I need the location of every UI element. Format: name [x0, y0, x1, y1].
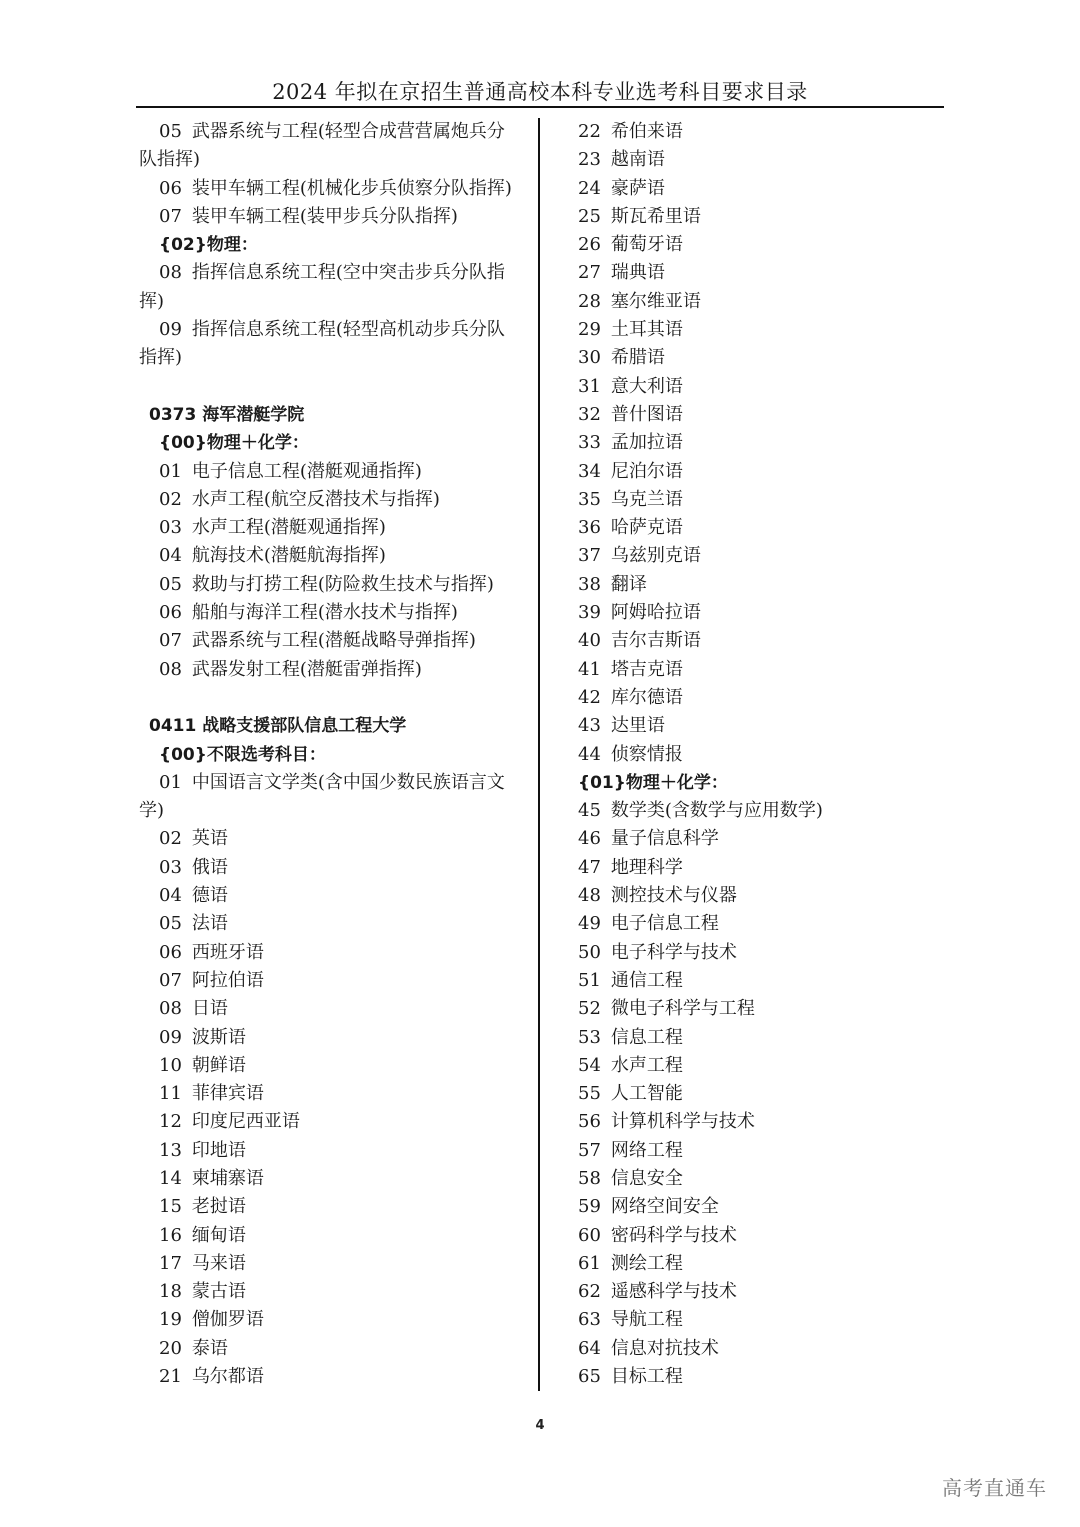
major-code: 57 [578, 1137, 601, 1165]
major-code: 28 [578, 288, 601, 316]
major-item: 65目标工程 [578, 1363, 938, 1391]
major-name: 武器系统与工程(轻型合成营营属炮兵分 [192, 121, 505, 142]
major-code: 13 [159, 1137, 182, 1165]
major-name: 水声工程(航空反潜技术与指挥) [192, 489, 440, 510]
major-name: 中国语言文学类(含中国少数民族语言文 [192, 772, 505, 793]
major-item: 54水声工程 [578, 1052, 938, 1080]
major-item: 57网络工程 [578, 1137, 938, 1165]
major-item: 36哈萨克语 [578, 514, 938, 542]
major-item: 30希腊语 [578, 344, 938, 372]
major-item: 05法语 [139, 910, 529, 938]
major-name: 法语 [192, 913, 228, 934]
major-item: 24豪萨语 [578, 175, 938, 203]
major-item: 32普什图语 [578, 401, 938, 429]
major-name: 缅甸语 [192, 1225, 246, 1246]
major-code: 62 [578, 1278, 601, 1306]
major-item: 60密码科学与技术 [578, 1222, 938, 1250]
major-code: 14 [159, 1165, 182, 1193]
major-name: 德语 [192, 885, 228, 906]
major-code: 06 [159, 939, 182, 967]
major-code: 50 [578, 939, 601, 967]
major-item: 52微电子科学与工程 [578, 995, 938, 1023]
major-item: 06装甲车辆工程(机械化步兵侦察分队指挥) [139, 175, 529, 203]
major-code: 40 [578, 627, 601, 655]
major-name: 希腊语 [611, 347, 665, 368]
major-code: 09 [159, 316, 182, 344]
major-code: 03 [159, 854, 182, 882]
major-code: 42 [578, 684, 601, 712]
major-name: 测绘工程 [611, 1253, 683, 1274]
spacer [139, 684, 529, 712]
major-code: 51 [578, 967, 601, 995]
major-code: 60 [578, 1222, 601, 1250]
major-name: 电子信息工程(潜艇观通指挥) [192, 461, 422, 482]
major-item: 12印度尼西亚语 [139, 1108, 529, 1136]
major-item: 07阿拉伯语 [139, 967, 529, 995]
major-name: 波斯语 [192, 1027, 246, 1048]
major-name: 马来语 [192, 1253, 246, 1274]
major-name: 翻译 [611, 574, 647, 595]
major-name: 计算机科学与技术 [611, 1111, 755, 1132]
major-code: 31 [578, 373, 601, 401]
major-item: 21乌尔都语 [139, 1363, 529, 1391]
major-item: 10朝鲜语 [139, 1052, 529, 1080]
major-name: 信息安全 [611, 1168, 683, 1189]
major-item: 35乌克兰语 [578, 486, 938, 514]
major-code: 30 [578, 344, 601, 372]
major-item: 51通信工程 [578, 967, 938, 995]
major-item-continuation: 指挥) [139, 344, 529, 372]
major-item: 58信息安全 [578, 1165, 938, 1193]
major-code: 15 [159, 1193, 182, 1221]
major-item: 48测控技术与仪器 [578, 882, 938, 910]
major-item: 56计算机科学与技术 [578, 1108, 938, 1136]
major-item: 38翻译 [578, 571, 938, 599]
major-name: 俄语 [192, 857, 228, 878]
major-code: 32 [578, 401, 601, 429]
major-code: 12 [159, 1108, 182, 1136]
major-name: 塞尔维亚语 [611, 291, 701, 312]
major-item: 39阿姆哈拉语 [578, 599, 938, 627]
major-code: 36 [578, 514, 601, 542]
major-name: 装甲车辆工程(装甲步兵分队指挥) [192, 206, 458, 227]
major-code: 06 [159, 175, 182, 203]
school-heading: 0373 海军潜艇学院 [139, 401, 529, 429]
right-column: 22希伯来语23越南语24豪萨语25斯瓦希里语26葡萄牙语27瑞典语28塞尔维亚… [578, 118, 938, 1391]
major-code: 39 [578, 599, 601, 627]
major-item: 44侦察情报 [578, 741, 938, 769]
major-code: 16 [159, 1222, 182, 1250]
major-item: 50电子科学与技术 [578, 939, 938, 967]
major-name: 吉尔吉斯语 [611, 630, 701, 651]
major-name: 意大利语 [611, 376, 683, 397]
major-name: 指挥信息系统工程(空中突击步兵分队指 [192, 262, 505, 283]
major-code: 02 [159, 486, 182, 514]
major-name: 数学类(含数学与应用数学) [611, 800, 823, 821]
major-item-continuation: 学) [139, 797, 529, 825]
major-code: 19 [159, 1306, 182, 1334]
spacer [139, 373, 529, 401]
major-code: 07 [159, 967, 182, 995]
major-item: 45数学类(含数学与应用数学) [578, 797, 938, 825]
major-item: 05救助与打捞工程(防险救生技术与指挥) [139, 571, 529, 599]
major-item: 17马来语 [139, 1250, 529, 1278]
major-code: 07 [159, 203, 182, 231]
major-name: 遥感科学与技术 [611, 1281, 737, 1302]
major-code: 65 [578, 1363, 601, 1391]
major-item: 47地理科学 [578, 854, 938, 882]
major-item: 55人工智能 [578, 1080, 938, 1108]
major-name: 普什图语 [611, 404, 683, 425]
major-item: 02英语 [139, 825, 529, 853]
major-code: 37 [578, 542, 601, 570]
major-code: 38 [578, 571, 601, 599]
major-code: 21 [159, 1363, 182, 1391]
major-code: 64 [578, 1335, 601, 1363]
major-code: 02 [159, 825, 182, 853]
major-name: 尼泊尔语 [611, 461, 683, 482]
page-header-title: 2024 年拟在京招生普通高校本科专业选考科目要求目录 [0, 76, 1080, 106]
major-name: 哈萨克语 [611, 517, 683, 538]
major-item: 25斯瓦希里语 [578, 203, 938, 231]
major-name: 柬埔寨语 [192, 1168, 264, 1189]
major-name: 侦察情报 [611, 744, 683, 765]
major-name: 乌尔都语 [192, 1366, 264, 1387]
major-code: 07 [159, 627, 182, 655]
subject-requirement-group: {00}不限选考科目： [139, 741, 529, 769]
major-code: 41 [578, 656, 601, 684]
major-item: 27瑞典语 [578, 259, 938, 287]
major-item: 28塞尔维亚语 [578, 288, 938, 316]
major-code: 26 [578, 231, 601, 259]
major-name: 朝鲜语 [192, 1055, 246, 1076]
major-item: 01电子信息工程(潜艇观通指挥) [139, 458, 529, 486]
major-item: 43达里语 [578, 712, 938, 740]
major-code: 03 [159, 514, 182, 542]
major-code: 34 [578, 458, 601, 486]
watermark: 高考直通车 [942, 1472, 1047, 1501]
major-name: 乌克兰语 [611, 489, 683, 510]
major-name: 蒙古语 [192, 1281, 246, 1302]
major-code: 54 [578, 1052, 601, 1080]
major-code: 25 [578, 203, 601, 231]
major-item: 22希伯来语 [578, 118, 938, 146]
major-code: 09 [159, 1024, 182, 1052]
page-number: 4 [0, 1418, 1080, 1433]
major-item: 41塔吉克语 [578, 656, 938, 684]
major-name: 日语 [192, 998, 228, 1019]
major-code: 59 [578, 1193, 601, 1221]
major-code: 49 [578, 910, 601, 938]
major-item: 61测绘工程 [578, 1250, 938, 1278]
major-code: 08 [159, 995, 182, 1023]
major-item: 64信息对抗技术 [578, 1335, 938, 1363]
major-item: 08武器发射工程(潜艇雷弹指挥) [139, 656, 529, 684]
major-code: 53 [578, 1024, 601, 1052]
major-code: 08 [159, 656, 182, 684]
major-code: 10 [159, 1052, 182, 1080]
major-name: 土耳其语 [611, 319, 683, 340]
major-name: 水声工程(潜艇观通指挥) [192, 517, 386, 538]
major-code: 11 [159, 1080, 182, 1108]
major-name: 装甲车辆工程(机械化步兵侦察分队指挥) [192, 178, 512, 199]
major-name: 指挥信息系统工程(轻型高机动步兵分队 [192, 319, 505, 340]
major-code: 01 [159, 458, 182, 486]
major-item: 02水声工程(航空反潜技术与指挥) [139, 486, 529, 514]
major-name: 泰语 [192, 1338, 228, 1359]
major-name: 通信工程 [611, 970, 683, 991]
major-code: 23 [578, 146, 601, 174]
major-item: 20泰语 [139, 1335, 529, 1363]
major-name: 量子信息科学 [611, 828, 719, 849]
major-item: 05武器系统与工程(轻型合成营营属炮兵分 [139, 118, 529, 146]
major-item: 26葡萄牙语 [578, 231, 938, 259]
major-code: 27 [578, 259, 601, 287]
major-item: 53信息工程 [578, 1024, 938, 1052]
major-name: 信息工程 [611, 1027, 683, 1048]
major-code: 44 [578, 741, 601, 769]
major-item: 15老挝语 [139, 1193, 529, 1221]
major-item: 34尼泊尔语 [578, 458, 938, 486]
major-item: 49电子信息工程 [578, 910, 938, 938]
major-code: 18 [159, 1278, 182, 1306]
major-name: 阿姆哈拉语 [611, 602, 701, 623]
major-item: 06西班牙语 [139, 939, 529, 967]
major-name: 船舶与海洋工程(潜水技术与指挥) [192, 602, 458, 623]
major-code: 05 [159, 910, 182, 938]
major-item: 04航海技术(潜艇航海指挥) [139, 542, 529, 570]
major-name: 阿拉伯语 [192, 970, 264, 991]
major-code: 17 [159, 1250, 182, 1278]
major-code: 04 [159, 542, 182, 570]
major-name: 武器发射工程(潜艇雷弹指挥) [192, 659, 422, 680]
major-code: 63 [578, 1306, 601, 1334]
major-item: 07武器系统与工程(潜艇战略导弹指挥) [139, 627, 529, 655]
subject-requirement-group: {01}物理＋化学： [578, 769, 938, 797]
major-item-continuation: 挥) [139, 288, 529, 316]
major-name: 电子信息工程 [611, 913, 719, 934]
major-name: 越南语 [611, 149, 665, 170]
major-item: 03俄语 [139, 854, 529, 882]
major-item: 08指挥信息系统工程(空中突击步兵分队指 [139, 259, 529, 287]
major-name: 孟加拉语 [611, 432, 683, 453]
major-item: 01中国语言文学类(含中国少数民族语言文 [139, 769, 529, 797]
major-name: 达里语 [611, 715, 665, 736]
major-code: 61 [578, 1250, 601, 1278]
major-name: 测控技术与仪器 [611, 885, 737, 906]
major-item: 31意大利语 [578, 373, 938, 401]
major-name: 印度尼西亚语 [192, 1111, 300, 1132]
major-item: 63导航工程 [578, 1306, 938, 1334]
major-name: 地理科学 [611, 857, 683, 878]
major-name: 豪萨语 [611, 178, 665, 199]
major-code: 06 [159, 599, 182, 627]
major-code: 48 [578, 882, 601, 910]
column-divider [538, 118, 540, 1391]
major-item: 11菲律宾语 [139, 1080, 529, 1108]
major-code: 45 [578, 797, 601, 825]
major-code: 01 [159, 769, 182, 797]
major-name: 老挝语 [192, 1196, 246, 1217]
major-name: 武器系统与工程(潜艇战略导弹指挥) [192, 630, 476, 651]
major-item: 59网络空间安全 [578, 1193, 938, 1221]
major-name: 英语 [192, 828, 228, 849]
major-item: 04德语 [139, 882, 529, 910]
major-code: 46 [578, 825, 601, 853]
major-code: 43 [578, 712, 601, 740]
major-item: 42库尔德语 [578, 684, 938, 712]
major-name: 电子科学与技术 [611, 942, 737, 963]
major-code: 24 [578, 175, 601, 203]
major-item: 29土耳其语 [578, 316, 938, 344]
major-name: 网络空间安全 [611, 1196, 719, 1217]
major-code: 29 [578, 316, 601, 344]
major-item: 06船舶与海洋工程(潜水技术与指挥) [139, 599, 529, 627]
major-name: 葡萄牙语 [611, 234, 683, 255]
major-name: 瑞典语 [611, 262, 665, 283]
major-code: 55 [578, 1080, 601, 1108]
major-code: 47 [578, 854, 601, 882]
major-name: 塔吉克语 [611, 659, 683, 680]
header-rule [136, 106, 944, 108]
major-name: 密码科学与技术 [611, 1225, 737, 1246]
major-item: 37乌兹别克语 [578, 542, 938, 570]
major-item: 08日语 [139, 995, 529, 1023]
subject-requirement-group: {02}物理： [139, 231, 529, 259]
major-name: 乌兹别克语 [611, 545, 701, 566]
major-item: 19僧伽罗语 [139, 1306, 529, 1334]
major-item: 18蒙古语 [139, 1278, 529, 1306]
major-name: 网络工程 [611, 1140, 683, 1161]
school-heading: 0411 战略支援部队信息工程大学 [139, 712, 529, 740]
major-item-continuation: 队指挥) [139, 146, 529, 174]
left-column: 05武器系统与工程(轻型合成营营属炮兵分队指挥)06装甲车辆工程(机械化步兵侦察… [139, 118, 529, 1391]
major-name: 印地语 [192, 1140, 246, 1161]
major-item: 16缅甸语 [139, 1222, 529, 1250]
major-code: 04 [159, 882, 182, 910]
major-name: 斯瓦希里语 [611, 206, 701, 227]
major-code: 58 [578, 1165, 601, 1193]
major-name: 库尔德语 [611, 687, 683, 708]
major-name: 微电子科学与工程 [611, 998, 755, 1019]
major-item: 13印地语 [139, 1137, 529, 1165]
major-code: 22 [578, 118, 601, 146]
major-code: 35 [578, 486, 601, 514]
major-name: 信息对抗技术 [611, 1338, 719, 1359]
major-name: 水声工程 [611, 1055, 683, 1076]
major-item: 07装甲车辆工程(装甲步兵分队指挥) [139, 203, 529, 231]
major-item: 33孟加拉语 [578, 429, 938, 457]
major-code: 56 [578, 1108, 601, 1136]
major-name: 菲律宾语 [192, 1083, 264, 1104]
major-item: 09波斯语 [139, 1024, 529, 1052]
major-name: 僧伽罗语 [192, 1309, 264, 1330]
major-name: 西班牙语 [192, 942, 264, 963]
major-item: 40吉尔吉斯语 [578, 627, 938, 655]
major-name: 救助与打捞工程(防险救生技术与指挥) [192, 574, 494, 595]
major-code: 20 [159, 1335, 182, 1363]
major-item: 23越南语 [578, 146, 938, 174]
major-item: 62遥感科学与技术 [578, 1278, 938, 1306]
major-name: 航海技术(潜艇航海指挥) [192, 545, 386, 566]
major-code: 05 [159, 571, 182, 599]
major-code: 05 [159, 118, 182, 146]
major-code: 52 [578, 995, 601, 1023]
major-name: 人工智能 [611, 1083, 683, 1104]
major-item: 03水声工程(潜艇观通指挥) [139, 514, 529, 542]
major-code: 33 [578, 429, 601, 457]
major-code: 08 [159, 259, 182, 287]
major-name: 希伯来语 [611, 121, 683, 142]
major-item: 46量子信息科学 [578, 825, 938, 853]
subject-requirement-group: {00}物理＋化学： [139, 429, 529, 457]
major-name: 目标工程 [611, 1366, 683, 1387]
major-item: 14柬埔寨语 [139, 1165, 529, 1193]
major-item: 09指挥信息系统工程(轻型高机动步兵分队 [139, 316, 529, 344]
major-name: 导航工程 [611, 1309, 683, 1330]
